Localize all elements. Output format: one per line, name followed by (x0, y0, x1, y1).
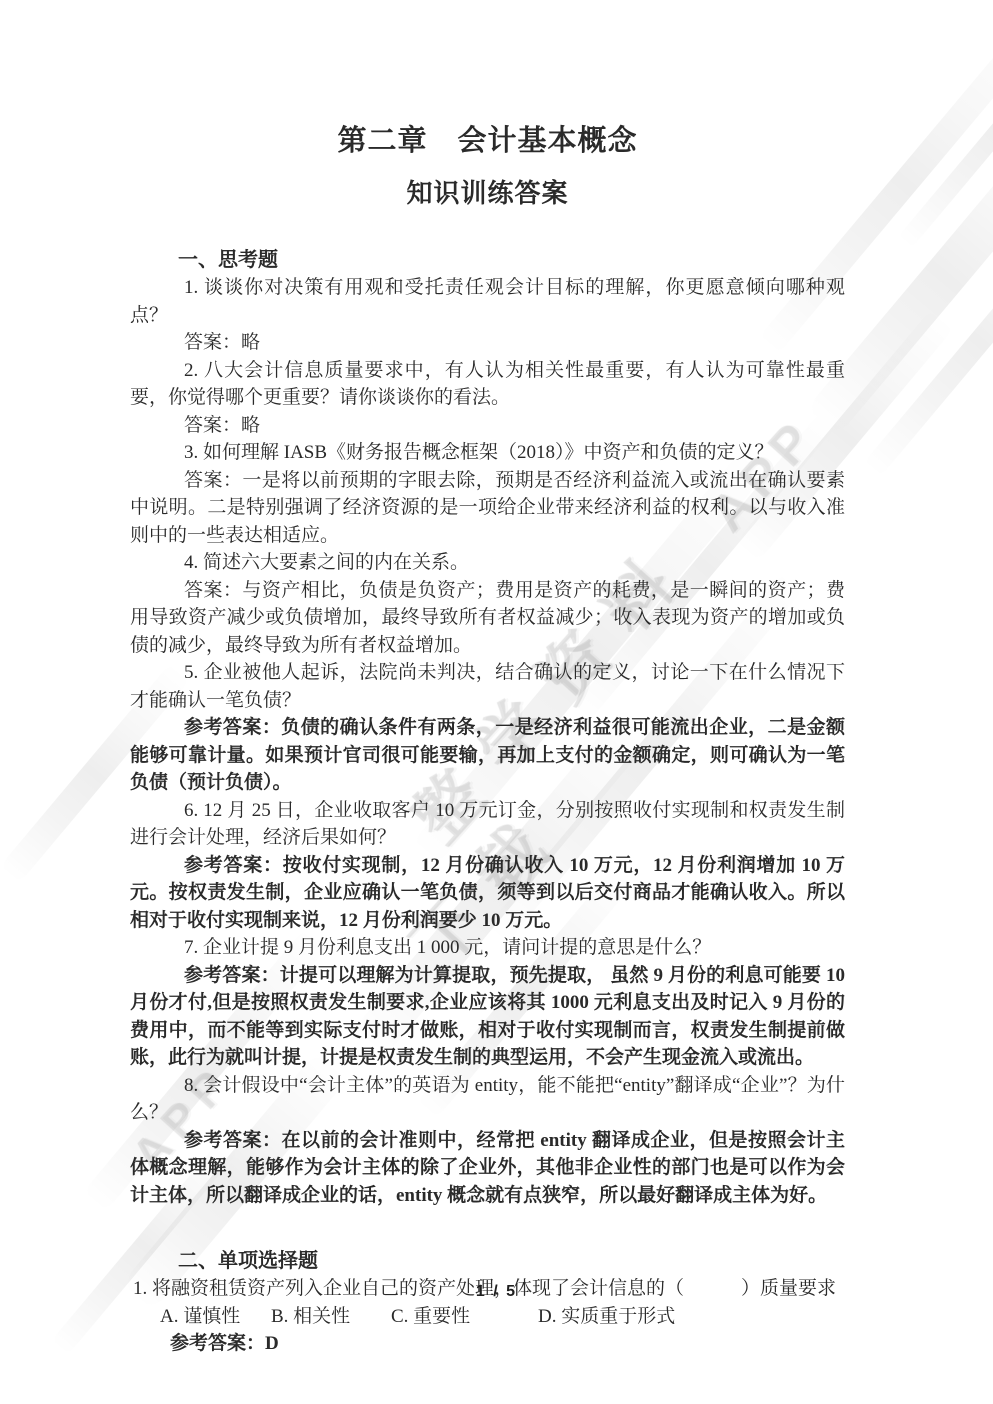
question-paragraph: 2. 八大会计信息质量要求中，有人认为相关性最重要，有人认为可靠性最重要，你觉得… (130, 357, 845, 412)
section-multiple-choice: 二、单项选择题 1. 将融资租赁资产列入企业自己的资产处理，体现了会计信息的（ … (130, 1247, 845, 1358)
question-paragraph: 4. 简述六大要素之间的内在关系。 (130, 549, 845, 577)
question-paragraph: 答案：略 (130, 329, 845, 357)
question-paragraph: 答案：一是将以前预期的字眼去除，预期是否经济利益流入或流出在确认要素中说明。二是… (130, 467, 845, 550)
question-paragraph: 1. 谈谈你对决策有用观和受托责任观会计目标的理解，你更愿意倾向哪种观点？ (130, 274, 845, 329)
question-paragraph: 5. 企业被他人起诉，法院尚未判决，结合确认的定义，讨论一下在什么情况下才能确认… (130, 659, 845, 714)
question-paragraph: 7. 企业计提 9 月份利息支出 1 000 元，请问计提的意思是什么？ (130, 934, 845, 962)
option-B: B. 相关性 (271, 1303, 391, 1331)
question-paragraph: 答案：略 (130, 412, 845, 440)
section-heading: 二、单项选择题 (130, 1247, 845, 1275)
chapter-title: 第二章 会计基本概念 (130, 122, 845, 160)
section-heading: 一、思考题 (130, 246, 845, 274)
option-C: C. 重要性 (391, 1303, 538, 1331)
reference-answer-paragraph: 参考答案：负债的确认条件有两条，一是经济利益很可能流出企业，二是金额能够可靠计量… (130, 714, 845, 797)
reference-answer-paragraph: 参考答案：在以前的会计准则中，经常把 entity 翻译成企业，但是按照会计主体… (130, 1127, 845, 1210)
page-number: 1 / 5 (0, 1283, 993, 1301)
option-A: A. 谨慎性 (160, 1303, 271, 1331)
mc-reference-answer: 参考答案：D (130, 1330, 845, 1358)
mc-options-row: A. 谨慎性B. 相关性C. 重要性D. 实质重于形式 (160, 1303, 845, 1331)
question-paragraph: 3. 如何理解 IASB《财务报告概念框架（2018）》中资产和负债的定义？ (130, 439, 845, 467)
document-content: 第二章 会计基本概念 知识训练答案 一、思考题 1. 谈谈你对决策有用观和受托责… (0, 122, 993, 1358)
question-paragraph: 答案：与资产相比，负债是负资产；费用是资产的耗费，是一瞬间的资产；费用导致资产减… (130, 577, 845, 660)
paragraph-list: 1. 谈谈你对决策有用观和受托责任观会计目标的理解，你更愿意倾向哪种观点？答案：… (130, 274, 845, 1209)
question-paragraph: 6. 12 月 25 日，企业收取客户 10 万元订金，分别按照收付实现制和权责… (130, 797, 845, 852)
question-paragraph: 8. 会计假设中“会计主体”的英语为 entity，能不能把“entity”翻译… (130, 1072, 845, 1127)
reference-answer-paragraph: 参考答案：按收付实现制，12 月份确认收入 10 万元，12 月份利润增加 10… (130, 852, 845, 935)
option-D: D. 实质重于形式 (538, 1303, 845, 1331)
reference-answer-paragraph: 参考答案：计提可以理解为计算提取，预先提取， 虽然 9 月份的利息可能要 10 … (130, 962, 845, 1072)
section-thinking-questions: 一、思考题 1. 谈谈你对决策有用观和受托责任观会计目标的理解，你更愿意倾向哪种… (130, 246, 845, 1209)
page-subtitle: 知识训练答案 (130, 177, 845, 211)
document-page: 整学资料 下载 APP APP 第二章 会计基本概念 知识训练答案 一、思考题 … (0, 0, 993, 1404)
